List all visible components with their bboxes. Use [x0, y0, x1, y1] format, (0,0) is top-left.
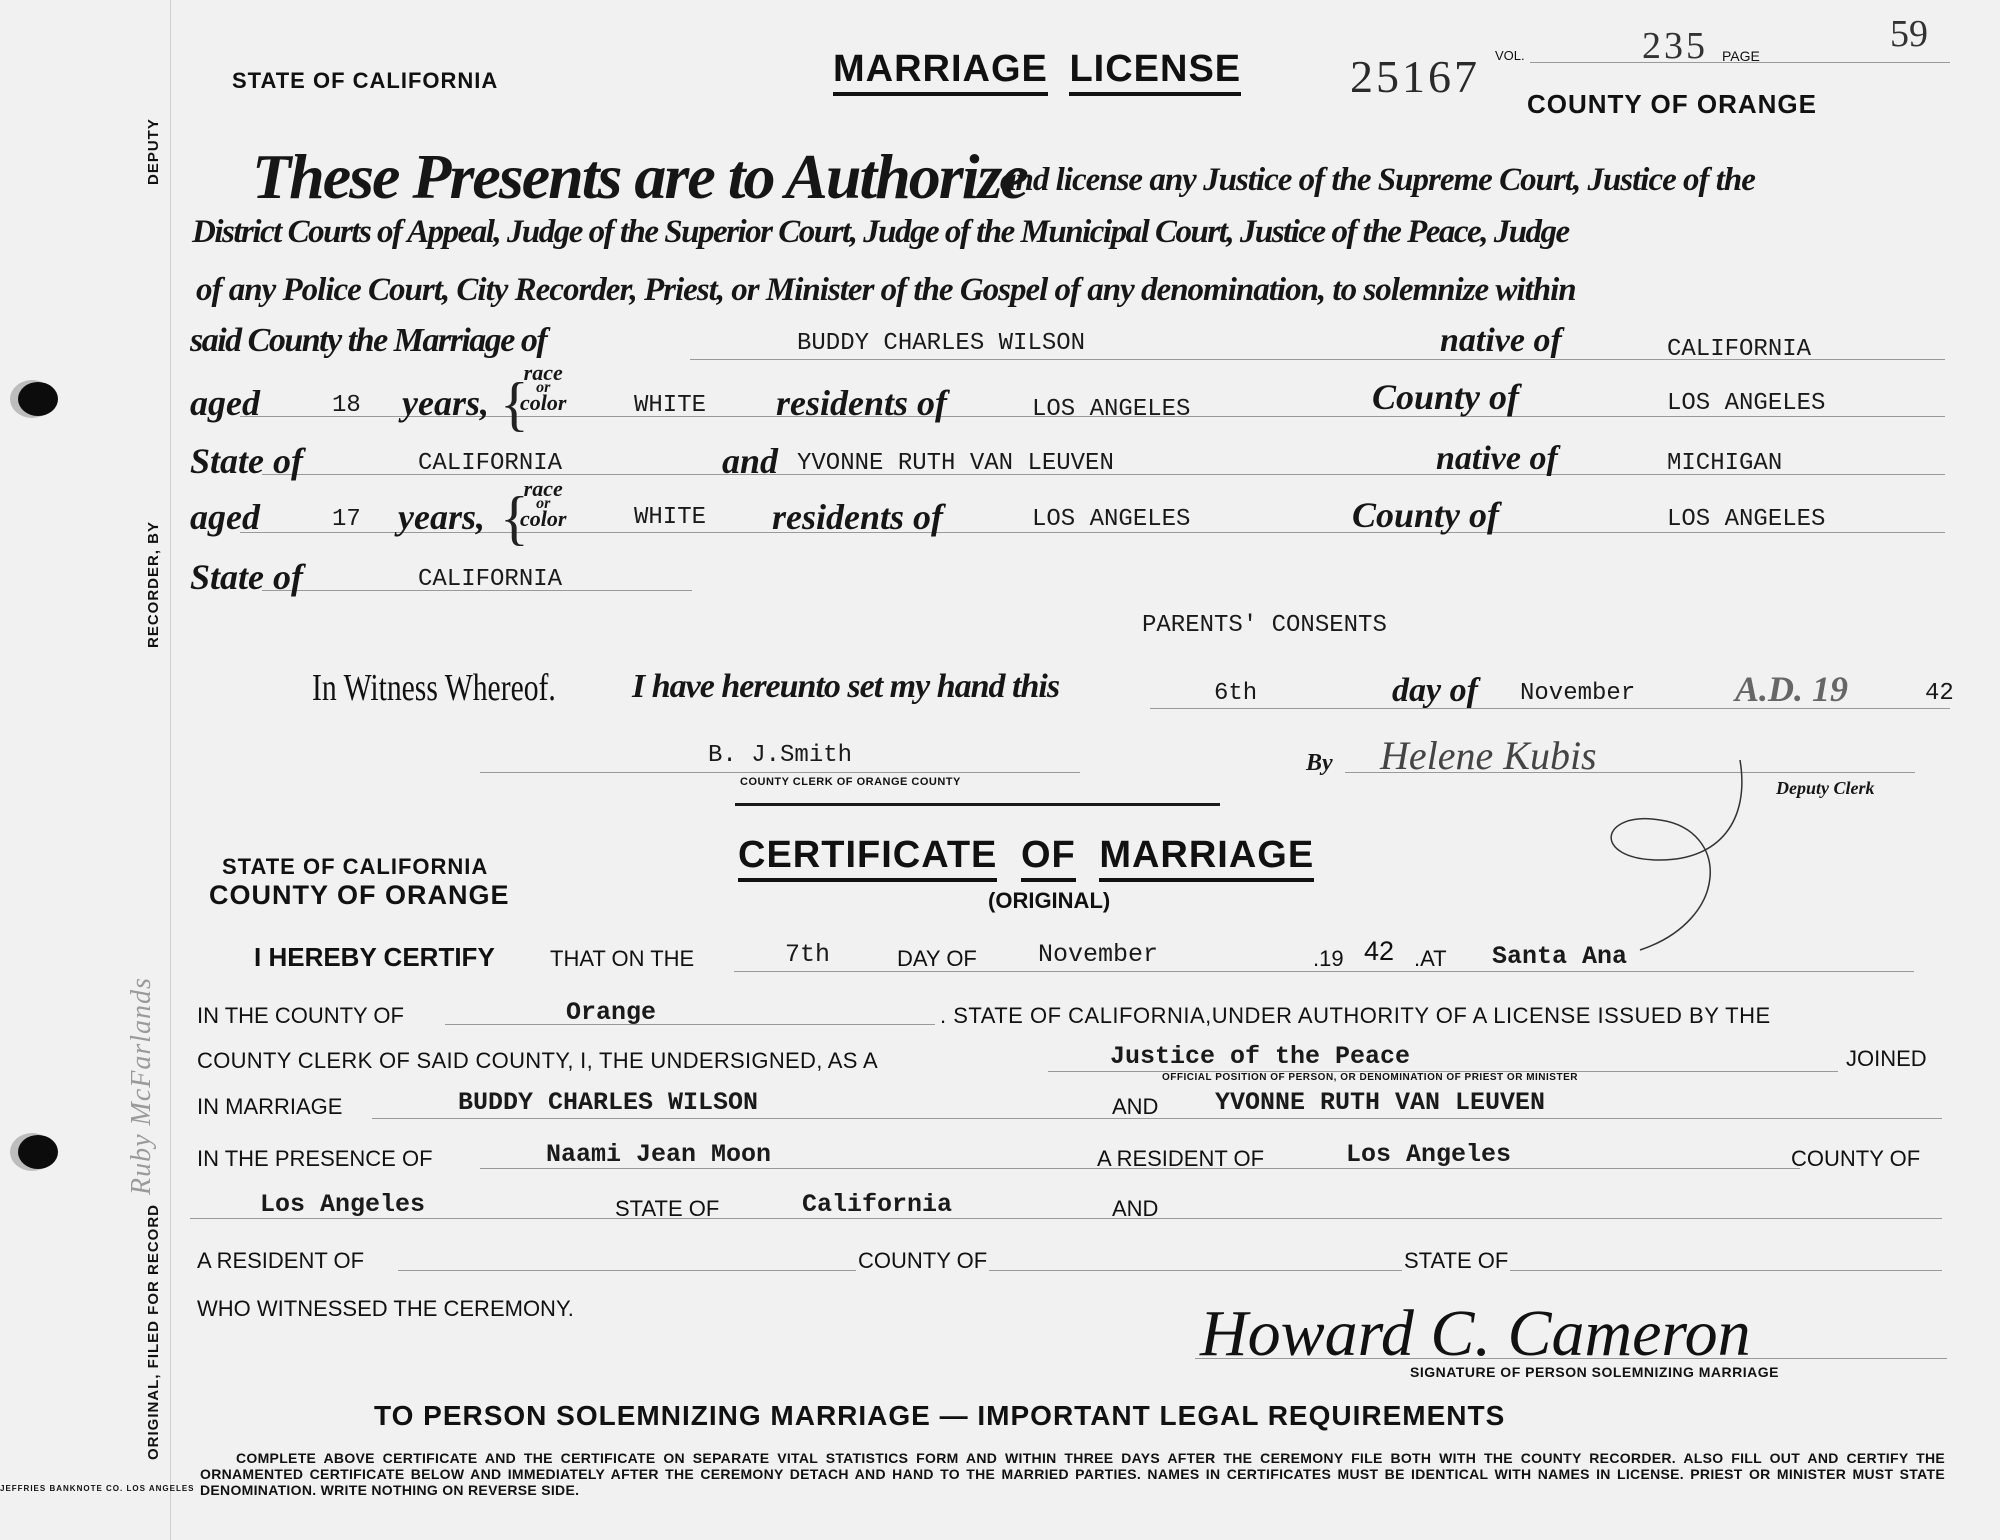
certificate-title-word3: MARRIAGE — [1099, 834, 1314, 882]
county-clerk-name: B. J.Smith — [708, 742, 852, 769]
position-caption: OFFICIAL POSITION OF PERSON, OR DENOMINA… — [1162, 1072, 1578, 1083]
certificate-state-label: STATE OF CALIFORNIA — [222, 854, 488, 880]
bride-name: YVONNE RUTH VAN LEUVEN — [797, 450, 1114, 477]
by-label: By — [1306, 750, 1333, 777]
groom-county-label: County of — [1372, 376, 1519, 418]
county-of-label: COUNTY OF — [1791, 1146, 1920, 1172]
county-clerk-label: COUNTY CLERK OF ORANGE COUNTY — [740, 776, 961, 788]
in-marriage-label: IN MARRIAGE — [197, 1094, 342, 1120]
section-separator — [735, 803, 1220, 806]
volume-number: 235 — [1642, 24, 1708, 68]
preamble-line-2: District Courts of Appeal, Judge of the … — [192, 214, 1569, 251]
clerk-rule — [480, 772, 1080, 773]
joined-label: JOINED — [1846, 1046, 1927, 1072]
groom-residents-label: residents of — [776, 382, 947, 424]
groom-state: CALIFORNIA — [418, 450, 562, 477]
bride-race-label: race or color — [520, 480, 566, 528]
license-month: November — [1520, 680, 1635, 707]
certificate-bride: YVONNE RUTH VAN LEUVEN — [1215, 1088, 1545, 1117]
witnessed-label: WHO WITNESSED THE CEREMONY. — [197, 1296, 574, 1322]
license-day: 6th — [1214, 680, 1257, 707]
groom-race-label: race or color — [520, 364, 566, 412]
state-of-label: STATE OF — [615, 1196, 719, 1222]
binder-hole-bottom — [18, 1135, 58, 1169]
bride-native-of: MICHIGAN — [1667, 450, 1782, 477]
certificate-year: 42 — [1364, 936, 1394, 967]
bride-residence: LOS ANGELES — [1032, 506, 1190, 533]
witness1-county: Los Angeles — [260, 1190, 425, 1219]
certify-lead: I HEREBY CERTIFY — [254, 942, 495, 973]
signature-caption: SIGNATURE OF PERSON SOLEMNIZING MARRIAGE — [1410, 1364, 1779, 1380]
color-word: color — [520, 394, 566, 412]
officiant-position: Justice of the Peace — [1110, 1042, 1410, 1071]
header-state-label: STATE OF CALIFORNIA — [232, 68, 498, 94]
deputy-label: DEPUTY — [145, 118, 162, 185]
deputy-clerk-label: Deputy Clerk — [1776, 778, 1875, 799]
vol-label: VOL. — [1495, 48, 1525, 63]
binder-hole-top — [18, 382, 58, 416]
clerk-line-text: COUNTY CLERK OF SAID COUNTY, I, THE UNDE… — [197, 1048, 878, 1074]
preamble-lead: These Presents are to Authorize — [252, 140, 1027, 214]
filed-for-record-label: ORIGINAL, FILED FOR RECORD — [145, 1204, 162, 1460]
groom-race: WHITE — [634, 392, 706, 419]
day-of-label-cert: DAY OF — [897, 946, 977, 972]
and-label-2: AND — [1112, 1196, 1158, 1222]
groom-native-label: native of — [1440, 322, 1562, 360]
groom-aged-label: aged — [190, 382, 260, 424]
printer-label: JEFFRIES BANKNOTE CO. LOS ANGELES — [0, 1484, 195, 1493]
certificate-county: Orange — [566, 998, 656, 1027]
groom-name: BUDDY CHARLES WILSON — [797, 330, 1085, 357]
and-label: and — [722, 440, 778, 482]
page-label: PAGE — [1722, 48, 1760, 64]
witness1-state: California — [802, 1190, 952, 1219]
witness-whereof-lead: In Witness Whereof. — [312, 666, 556, 710]
bride-county: LOS ANGELES — [1667, 506, 1825, 533]
preamble-line-1: and license any Justice of the Supreme C… — [1000, 162, 1945, 199]
that-on-the-label: THAT ON THE — [550, 946, 694, 972]
license-title: MARRIAGE LICENSE — [833, 48, 1241, 91]
resident-of-label: A RESIDENT OF — [1097, 1146, 1264, 1172]
bride-years-label: years, — [398, 496, 485, 538]
deputy-signature: Helene Kubis — [1380, 732, 1597, 779]
bride-native-label: native of — [1436, 440, 1558, 478]
certificate-title: CERTIFICATE OF MARRIAGE — [738, 834, 1314, 877]
bride-county-label: County of — [1352, 494, 1499, 536]
ad-label: A.D. 19 — [1735, 668, 1848, 710]
certificate-month: November — [1038, 940, 1158, 969]
preamble-line-3: of any Police Court, City Recorder, Prie… — [196, 272, 1576, 309]
license-year: 42 — [1925, 680, 1954, 707]
county-rule — [445, 1024, 935, 1025]
groom-residence: LOS ANGELES — [1032, 396, 1190, 423]
witness1-county-rule — [190, 1218, 1942, 1219]
preamble-line-4: said County the Marriage of — [190, 322, 546, 360]
legal-requirements-body: COMPLETE ABOVE CERTIFICATE AND THE CERTI… — [200, 1450, 1945, 1498]
parents-consents: PARENTS' CONSENTS — [1142, 612, 1387, 639]
bride-aged-label: aged — [190, 496, 260, 538]
witness1-name: Naami Jean Moon — [546, 1140, 771, 1169]
witness1-residence: Los Angeles — [1346, 1140, 1511, 1169]
certificate-title-word2: OF — [1021, 834, 1076, 882]
signature-flourish — [1600, 760, 1760, 960]
year-prefix: .19 — [1313, 946, 1344, 972]
presence-label: IN THE PRESENCE OF — [197, 1146, 433, 1172]
recorder-label: RECORDER, BY — [145, 521, 162, 648]
witness-whereof-text: I have hereunto set my hand this — [632, 668, 1059, 706]
groom-age: 18 — [332, 392, 361, 419]
license-number: 25167 — [1350, 50, 1480, 103]
filed-signature: Ruby McFarlands — [126, 977, 158, 1195]
state-of-label-2: STATE OF — [1402, 1248, 1510, 1274]
page-number: 59 — [1890, 12, 1928, 56]
color-word: color — [520, 510, 566, 528]
certificate-county-label: COUNTY OF ORANGE — [209, 880, 510, 911]
certificate-subtitle: (ORIGINAL) — [988, 888, 1110, 914]
state-authority-text: . STATE OF CALIFORNIA,UNDER AUTHORITY OF… — [940, 1003, 1771, 1029]
witness2-rule — [398, 1270, 1942, 1271]
bride-race: WHITE — [634, 504, 706, 531]
day-of-label: day of — [1392, 672, 1478, 710]
header-county-label: COUNTY OF ORANGE — [1527, 89, 1817, 120]
county-of-label-2: COUNTY OF — [856, 1248, 989, 1274]
certificate-title-word1: CERTIFICATE — [738, 834, 997, 882]
license-title-word2: LICENSE — [1069, 48, 1241, 96]
license-title-word1: MARRIAGE — [833, 48, 1048, 96]
officiant-signature: Howard C. Cameron — [1200, 1296, 1751, 1372]
groom-county: LOS ANGELES — [1667, 390, 1825, 417]
bride-state: CALIFORNIA — [418, 566, 562, 593]
margin-divider — [170, 0, 171, 1540]
bride-age: 17 — [332, 506, 361, 533]
certificate-place: Santa Ana — [1492, 942, 1627, 971]
groom-years-label: years, — [402, 382, 489, 424]
at-label: .AT — [1414, 946, 1447, 972]
certificate-day: 7th — [785, 940, 830, 969]
resident-of-label-2: A RESIDENT OF — [197, 1248, 364, 1274]
certificate-groom: BUDDY CHARLES WILSON — [458, 1088, 758, 1117]
bride-residents-label: residents of — [772, 496, 943, 538]
groom-state-label: State of — [190, 440, 303, 482]
groom-native-of: CALIFORNIA — [1667, 336, 1811, 363]
in-county-label: IN THE COUNTY OF — [197, 1003, 404, 1029]
and-label-cert: AND — [1112, 1094, 1158, 1120]
bride-state-label: State of — [190, 556, 303, 598]
legal-requirements-title: TO PERSON SOLEMNIZING MARRIAGE — IMPORTA… — [374, 1400, 1505, 1432]
